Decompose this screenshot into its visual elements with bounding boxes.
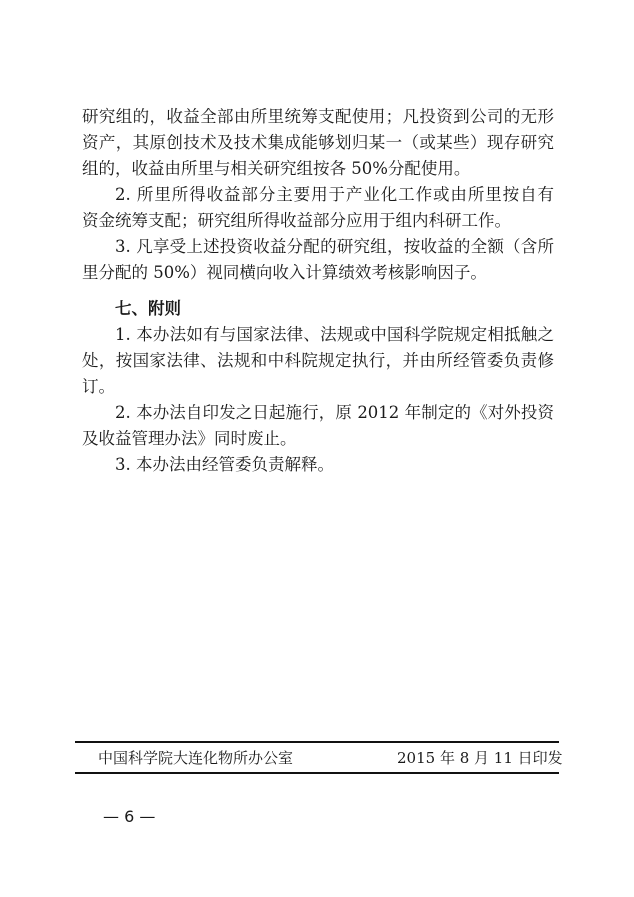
section-line: 3. 本办法由经管委负责解释。 [82,454,554,476]
section-line: 订。 [82,376,554,398]
body-line: 2. 所里所得收益部分主要用于产业化工作或由所里按自有 [82,184,554,206]
body-line: 研究组的，收益全部由所里统筹支配使用；凡投资到公司的无形 [82,106,554,128]
body-line: 资金统筹支配；研究组所得收益部分应用于组内科研工作。 [82,210,554,232]
body-line: 资产，其原创技术及技术集成能够划归某一（或某些）现存研究 [82,132,554,154]
body-line: 里分配的 50%）视同横向收入计算绩效考核影响因子。 [82,262,554,284]
footer-date: 2015 年 8 月 11 日印发 [397,748,563,768]
section-line: 处，按国家法律、法规和中科院规定执行，并由所经管委负责修 [82,350,554,372]
page-number: — 6 — [103,806,155,828]
body-line: 组的，收益由所里与相关研究组按各 50%分配使用。 [82,158,554,180]
footer-issuer: 中国科学院大连化物所办公室 [98,748,293,768]
section-line: 1. 本办法如有与国家法律、法规或中国科学院规定相抵触之 [82,324,554,346]
section-heading: 七、附则 [82,298,554,320]
section-line: 2. 本办法自印发之日起施行，原 2012 年制定的《对外投资 [82,402,554,424]
footer-bottom-rule [75,772,559,774]
section-line: 及收益管理办法》同时废止。 [82,428,554,450]
body-line: 3. 凡享受上述投资收益分配的研究组，按收益的全额（含所 [82,236,554,258]
footer-top-rule [75,741,559,743]
